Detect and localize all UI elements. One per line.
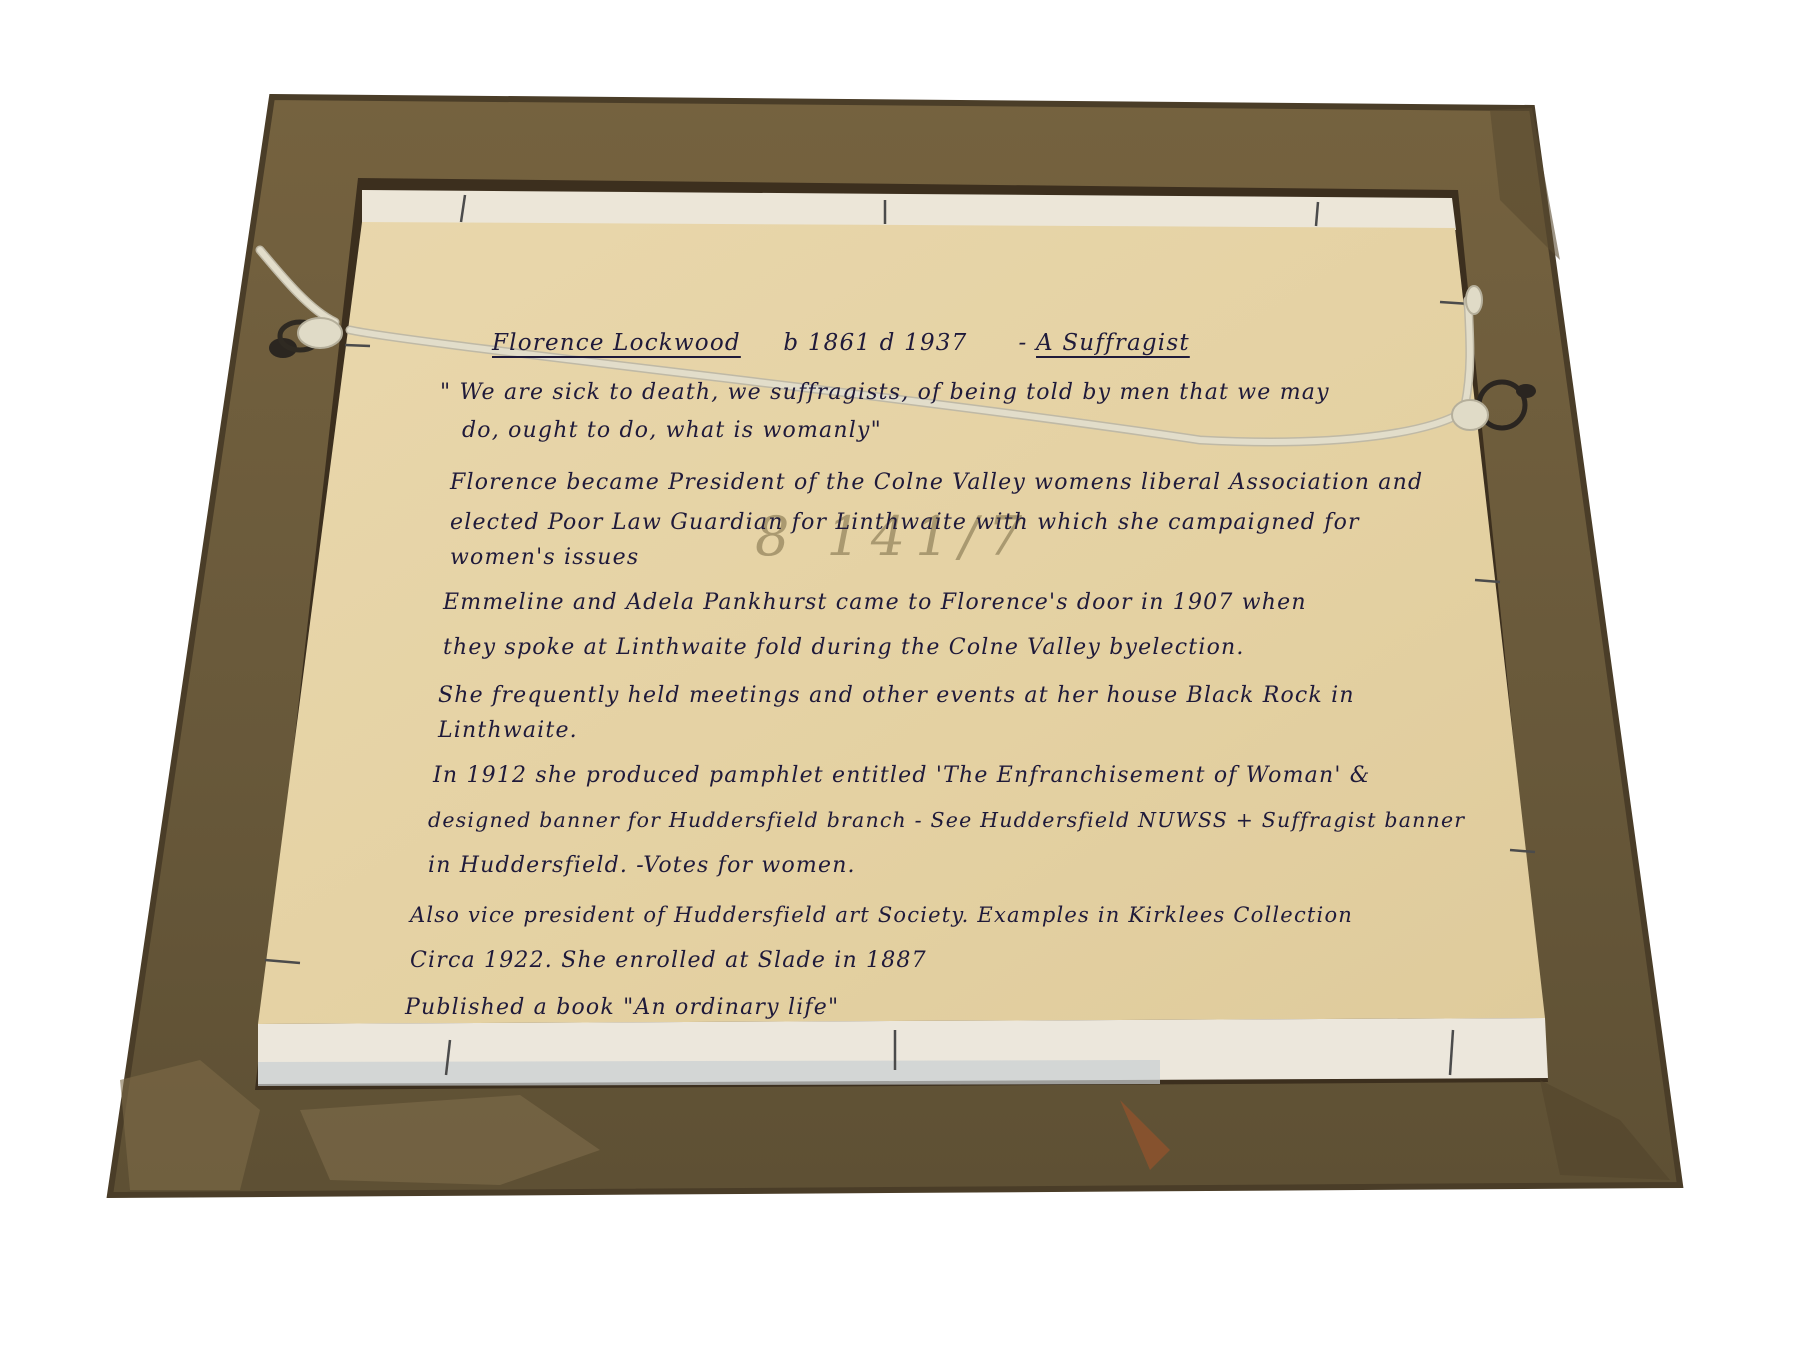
pencil-inventory-mark: 8 141/7 — [755, 505, 1032, 568]
frame — [0, 0, 1800, 1350]
framed-picture-back: 8 141/7 Florence Lockwood b 1861 d 1937 … — [0, 0, 1800, 1350]
